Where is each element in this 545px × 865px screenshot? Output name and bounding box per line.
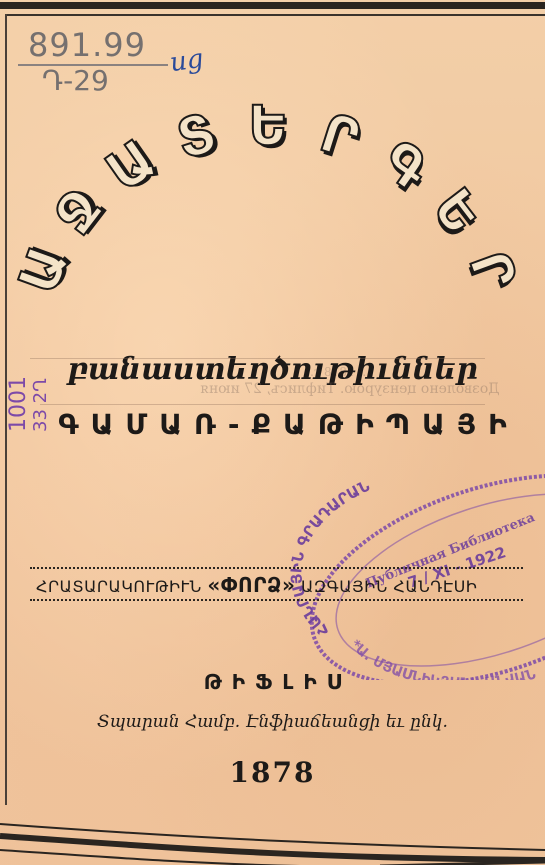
dotted-rule-top	[30, 567, 523, 569]
imprint-printer: Տպարան Համբ. Էնֆիաճեանցի եւ ընկ.	[0, 712, 545, 732]
publisher-band: ՀՐԱՏԱՐԱԿՈՒԹԻՒՆ «ՓՈՐՁ» ԱԶԳԱՅԻՆ ՀԱՆԴԷՍԻ	[30, 567, 523, 601]
imprint-year: 1878	[0, 756, 545, 789]
top-border-thin	[6, 14, 545, 16]
faint-rule	[40, 404, 485, 405]
publisher-suffix: ԱԶԳԱՅԻՆ ՀԱՆԴԷՍԻ	[301, 577, 477, 596]
shelfmark-top: 891.99	[28, 26, 146, 64]
bottom-border	[0, 800, 545, 865]
handwritten-note: ug	[168, 44, 205, 78]
inventory-number-bottom: 33 2Ղ	[30, 378, 51, 432]
dotted-rule-bottom	[30, 599, 523, 601]
shelfmark-divider	[18, 64, 168, 66]
shelfmark-bottom: Դ-29	[28, 64, 146, 97]
imprint-city: ԹԻՖԼԻՍ	[0, 670, 545, 694]
publisher-line: ՀՐԱՏԱՐԱԿՈՒԹԻՒՆ «ՓՈՐՁ» ԱԶԳԱՅԻՆ ՀԱՆԴԷՍԻ	[36, 573, 523, 597]
top-border-thick	[0, 2, 545, 9]
author-name: ԳԱՄԱՌ-ՔԱԹԻՊԱՅԻ	[52, 408, 525, 441]
inventory-number-top: 1001	[6, 376, 31, 432]
publisher-prefix: ՀՐԱՏԱՐԱԿՈՒԹԻՒՆ	[36, 577, 202, 596]
publisher-name: «ՓՈՐՁ»	[207, 573, 295, 597]
bottom-border-svg	[0, 800, 545, 865]
faint-rule	[30, 358, 485, 359]
bleed-through-line-2: Дозволено цензурою. Тифлисъ, 27 июня	[200, 381, 500, 397]
shelfmark: 891.99 Դ-29	[28, 26, 146, 97]
